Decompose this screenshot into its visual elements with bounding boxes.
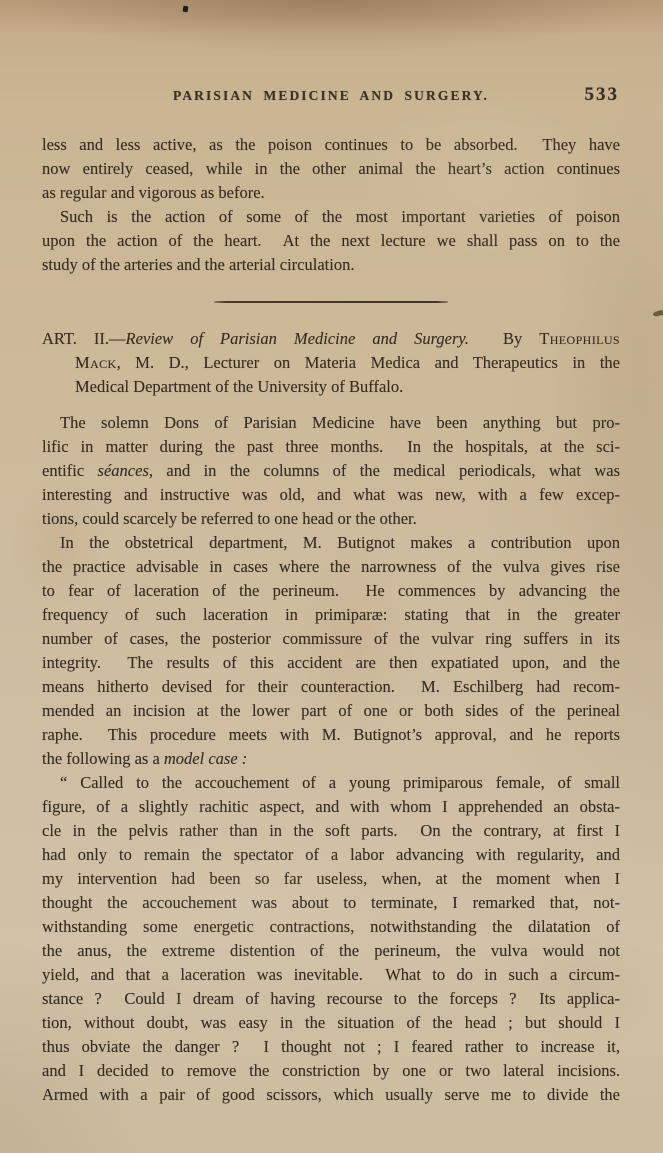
text-line: cle in the pelvis rather than in the sof… <box>42 819 620 843</box>
text-segment: figure, of a slightly rachitic aspect, a… <box>42 797 620 816</box>
text-segment: study of the arteries and the arterial c… <box>42 255 354 274</box>
text-segment: means hitherto devised for their counter… <box>42 677 620 696</box>
text-line: stance ? Could I dream of having recours… <box>42 987 620 1011</box>
text-segment: to fear of laceration of the perineum. H… <box>42 581 620 600</box>
text-line: to fear of laceration of the perineum. H… <box>42 579 620 603</box>
text-line: means hitherto devised for their counter… <box>42 675 620 699</box>
text-line: as regular and vigorous as before. <box>42 181 620 205</box>
text-line: ART. II.—Review of Parisian Medicine and… <box>42 327 620 351</box>
text-segment: ART. II.— <box>42 329 126 348</box>
text-segment: thought the accouchement was about to te… <box>42 893 620 912</box>
text-line: upon the action of the heart. At the nex… <box>42 229 620 253</box>
text-segment: withstanding some energetic contractions… <box>42 917 620 936</box>
text-segment: Such is the action of some of the most i… <box>60 207 620 226</box>
text-line: frequency of such laceration in primipar… <box>42 603 620 627</box>
text-line: tion, without doubt, was easy in the sit… <box>42 1011 620 1035</box>
text-segment: the anus, the extreme distention of the … <box>42 941 620 960</box>
section-divider <box>42 277 620 327</box>
text-line: less and less active, as the poison cont… <box>42 133 620 157</box>
text-segment: lific in matter during the past three mo… <box>42 437 620 456</box>
quote-paragraph-model-case: “ Called to the accouchement of a young … <box>42 771 620 1107</box>
text-segment: now entirely ceased, while in the other … <box>42 159 620 178</box>
text-line: my intervention had been so far useless,… <box>42 867 620 891</box>
text-segment: Armed with a pair of good scissors, whic… <box>42 1085 620 1104</box>
scanned-page: PARISIAN MEDICINE AND SURGERY. 533 less … <box>0 0 663 1153</box>
text-segment: In the obstetrical department, M. Butign… <box>60 533 620 552</box>
text-segment: the following as a <box>42 749 164 768</box>
text-line: thought the accouchement was about to te… <box>42 891 620 915</box>
text-line: Armed with a pair of good scissors, whic… <box>42 1083 620 1107</box>
text-segment: The solemn Dons of Parisian Medicine hav… <box>60 413 620 432</box>
text-segment: Medical Department of the University of … <box>75 377 403 396</box>
text-segment: upon the action of the heart. At the nex… <box>42 231 620 250</box>
smallcaps-text: Theophilus <box>539 329 620 348</box>
text-line: now entirely ceased, while in the other … <box>42 157 620 181</box>
paragraph-poison-action: Such is the action of some of the most i… <box>42 205 620 277</box>
text-line: mended an incision at the lower part of … <box>42 699 620 723</box>
text-line: figure, of a slightly rachitic aspect, a… <box>42 795 620 819</box>
text-line: and I decided to remove the constriction… <box>42 1059 620 1083</box>
text-line: tions, could scarcely be referred to one… <box>42 507 620 531</box>
text-line: integrity. The results of this accident … <box>42 651 620 675</box>
text-line: the following as a model case : <box>42 747 620 771</box>
edge-mark <box>653 310 663 317</box>
text-segment: less and less active, as the poison cont… <box>42 135 620 154</box>
italic-text: séances <box>98 461 149 480</box>
text-segment: mended an incision at the lower part of … <box>42 701 620 720</box>
article-heading: ART. II.—Review of Parisian Medicine and… <box>42 327 620 399</box>
text-segment: By <box>469 329 539 348</box>
text-line: yield, and that a laceration was inevita… <box>42 963 620 987</box>
text-line: the anus, the extreme distention of the … <box>42 939 620 963</box>
text-line: thus obviate the danger ? I thought not … <box>42 1035 620 1059</box>
text-segment: had only to remain the spectator of a la… <box>42 845 620 864</box>
text-segment: number of cases, the posterior commissur… <box>42 629 620 648</box>
text-segment: thus obviate the danger ? I thought not … <box>42 1037 620 1056</box>
text-line: had only to remain the spectator of a la… <box>42 843 620 867</box>
text-segment: as regular and vigorous as before. <box>42 183 265 202</box>
text-segment: and I decided to remove the constriction… <box>42 1061 620 1080</box>
smallcaps-text: Mack <box>75 353 117 372</box>
text-segment: , and in the columns of the medical peri… <box>149 461 620 480</box>
text-segment: entific <box>42 461 98 480</box>
paragraph-continuation: less and less active, as the poison cont… <box>42 133 620 205</box>
text-segment: interesting and instructive was old, and… <box>42 485 620 504</box>
ink-speck <box>183 6 189 13</box>
text-line: lific in matter during the past three mo… <box>42 435 620 459</box>
text-segment: tions, could scarcely be referred to one… <box>42 509 417 528</box>
text-line: Mack, M. D., Lecturer on Materia Medica … <box>42 351 620 375</box>
page-number: 533 <box>585 84 620 106</box>
italic-text: Review of Parisian Medicine and Surgery. <box>126 329 469 348</box>
text-line: study of the arteries and the arterial c… <box>42 253 620 277</box>
text-line: the practice advisable in cases where th… <box>42 555 620 579</box>
divider-rule <box>214 301 448 303</box>
text-segment: , M. D., Lecturer on Materia Medica and … <box>117 353 620 372</box>
text-segment: the practice advisable in cases where th… <box>42 557 620 576</box>
text-segment: frequency of such laceration in primipar… <box>42 605 620 624</box>
text-block: less and less active, as the poison cont… <box>42 133 620 1107</box>
text-line: The solemn Dons of Parisian Medicine hav… <box>42 411 620 435</box>
text-line: In the obstetrical department, M. Butign… <box>42 531 620 555</box>
text-segment: “ Called to the accouchement of a young … <box>60 773 620 792</box>
paragraph-solemn-dons: The solemn Dons of Parisian Medicine hav… <box>42 411 620 531</box>
text-line: “ Called to the accouchement of a young … <box>42 771 620 795</box>
text-segment: yield, and that a laceration was inevita… <box>42 965 620 984</box>
text-line: withstanding some energetic contractions… <box>42 915 620 939</box>
paragraph-obstetrical: In the obstetrical department, M. Butign… <box>42 531 620 771</box>
text-segment: integrity. The results of this accident … <box>42 653 620 672</box>
italic-text: model case : <box>164 749 247 768</box>
text-segment: tion, without doubt, was easy in the sit… <box>42 1013 620 1032</box>
text-line: Medical Department of the University of … <box>42 375 620 399</box>
text-line: interesting and instructive was old, and… <box>42 483 620 507</box>
text-line: Such is the action of some of the most i… <box>42 205 620 229</box>
text-segment: raphe. This procedure meets with M. Buti… <box>42 725 620 744</box>
text-line: entific séances, and in the columns of t… <box>42 459 620 483</box>
text-segment: cle in the pelvis rather than in the sof… <box>42 821 620 840</box>
text-line: raphe. This procedure meets with M. Buti… <box>42 723 620 747</box>
running-head: PARISIAN MEDICINE AND SURGERY. <box>42 88 620 104</box>
text-segment: stance ? Could I dream of having recours… <box>42 989 620 1008</box>
text-segment: my intervention had been so far useless,… <box>42 869 620 888</box>
text-line: number of cases, the posterior commissur… <box>42 627 620 651</box>
